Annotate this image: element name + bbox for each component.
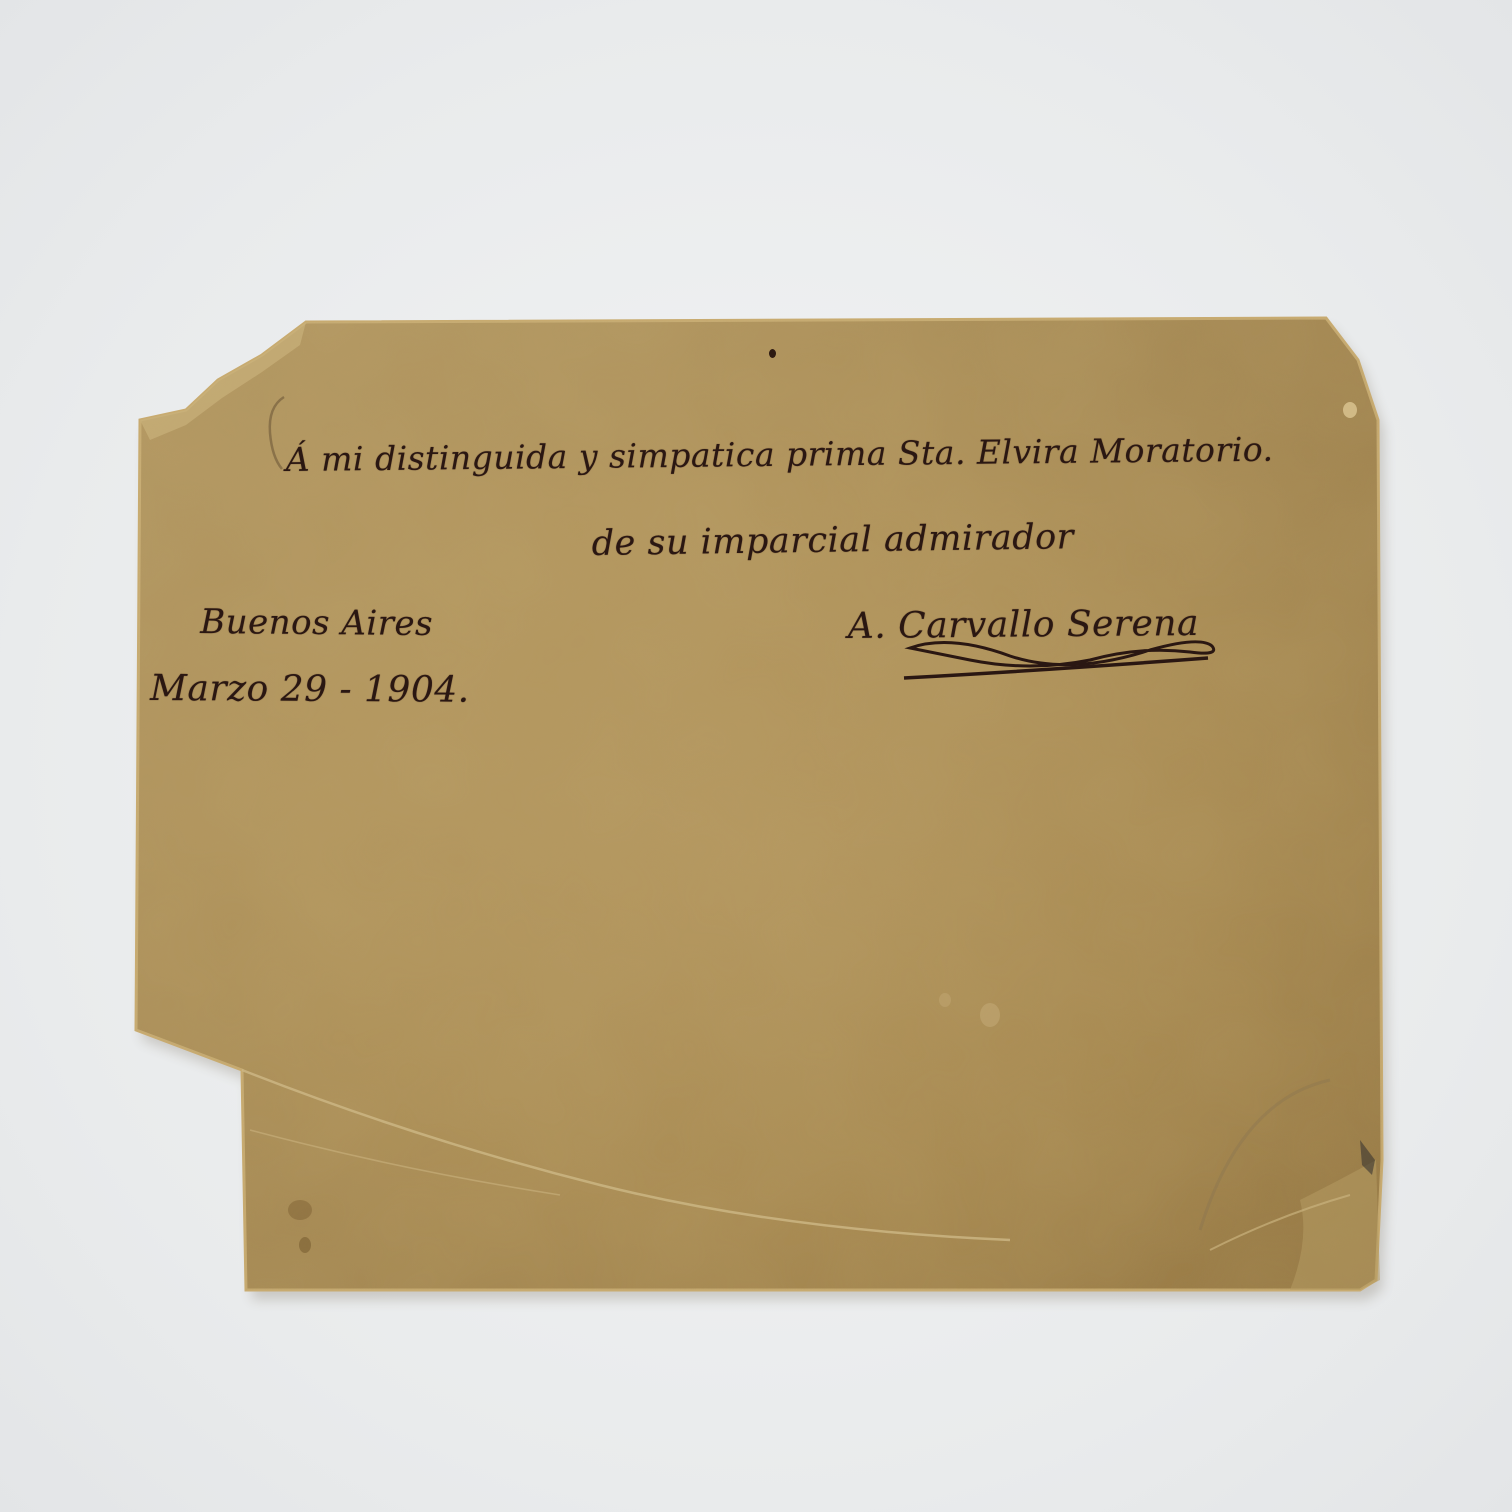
pin-hole bbox=[769, 349, 776, 358]
place-text: Buenos Aires bbox=[200, 602, 433, 644]
date-text: Marzo 29 - 1904. bbox=[150, 668, 470, 711]
aged-card bbox=[0, 0, 1512, 1512]
dedication-line-2: de su imparcial admirador bbox=[591, 517, 1074, 564]
signature-flourish bbox=[890, 630, 1230, 690]
